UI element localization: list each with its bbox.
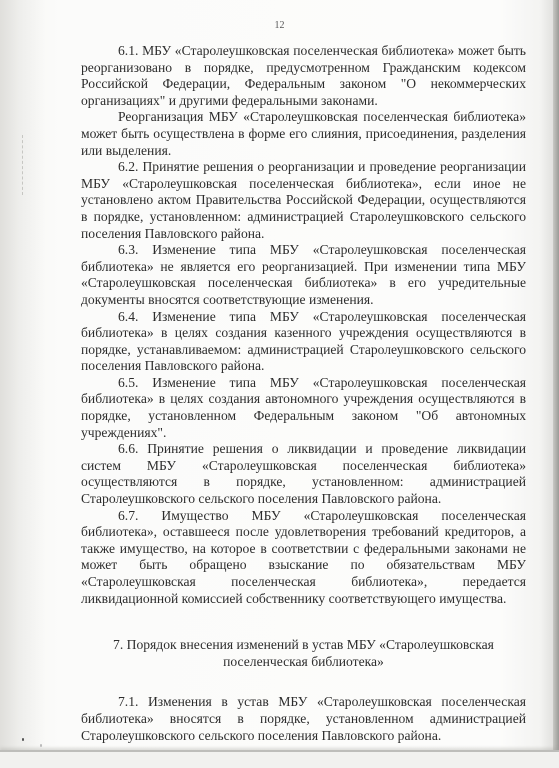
scan-edge-bottom xyxy=(0,750,559,768)
paragraph-6-2: 6.2. Принятие решения о реорганизации и … xyxy=(81,159,526,242)
paragraph-6-4: 6.4. Изменение типа МБУ «Старолеушковска… xyxy=(81,309,526,375)
paragraph-6-6: 6.6. Принятие решения о ликвидации и про… xyxy=(81,441,526,507)
page-number: 12 xyxy=(0,20,559,31)
paper-crease xyxy=(22,135,33,195)
page-shadow-right xyxy=(541,0,553,768)
paragraph-7-1: 7.1. Изменения в устав МБУ «Старолеушков… xyxy=(81,694,526,744)
scan-speck xyxy=(22,738,24,741)
section-7-heading: 7. Порядок внесения изменений в устав МБ… xyxy=(81,637,526,670)
scan-edge-right xyxy=(553,0,559,768)
paragraph-6-1: 6.1. МБУ «Старолеушковская поселенческая… xyxy=(81,43,526,109)
document-body: 6.1. МБУ «Старолеушковская поселенческая… xyxy=(81,43,526,744)
scanned-page: 12 6.1. МБУ «Старолеушковская поселенчес… xyxy=(0,0,559,768)
page-shadow-left xyxy=(0,0,45,760)
paragraph-6-1-reorganization-forms: Реорганизация МБУ «Старолеушковская посе… xyxy=(81,109,526,159)
paragraph-6-7: 6.7. Имущество МБУ «Старолеушковская пос… xyxy=(81,508,526,608)
paragraph-6-5: 6.5. Изменение типа МБУ «Старолеушковска… xyxy=(81,375,526,441)
paragraph-6-3: 6.3. Изменение типа МБУ «Старолеушковска… xyxy=(81,242,526,308)
scan-speck xyxy=(40,744,42,747)
